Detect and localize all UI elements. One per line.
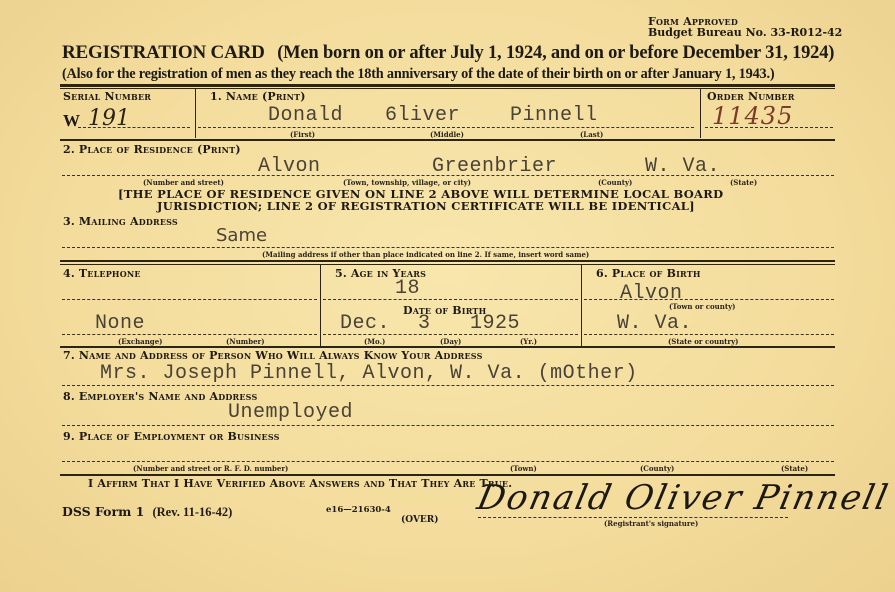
employment-county-caption: (County)	[640, 464, 674, 473]
mailing-line	[62, 247, 834, 248]
header-rule	[60, 84, 835, 87]
affirmation-text: I Affirm That I Have Verified Above Answ…	[88, 477, 512, 490]
row9-bottom-rule	[60, 474, 835, 476]
birthplace-line-1	[584, 299, 834, 300]
birthplace-state[interactable]: W. Va.	[617, 312, 692, 335]
over-notice: (OVER)	[401, 515, 439, 525]
signature-line	[478, 517, 788, 518]
name-last[interactable]: Pinnell	[510, 104, 598, 127]
employment-street-caption: (Number and street or R. F. D. number)	[133, 464, 288, 473]
telephone-value[interactable]: None	[95, 312, 145, 335]
contact-line	[62, 385, 834, 386]
dob-month-caption: (Mo.)	[364, 337, 385, 346]
form-id: DSS Form 1 (Rev. 11-16-42)	[62, 501, 232, 520]
name-line	[198, 127, 694, 128]
dob-month[interactable]: Dec.	[340, 312, 390, 335]
dob-year-caption: (Yr.)	[520, 337, 537, 346]
telephone-line-1	[62, 299, 317, 300]
telephone-label: 4. Telephone	[63, 267, 141, 280]
header-rule-2	[60, 88, 835, 89]
residence-town-caption: (Town, township, village, or city)	[343, 178, 471, 187]
residence-county-caption: (County)	[598, 178, 632, 187]
residence-state-caption: (State)	[730, 178, 757, 187]
dob-line	[323, 334, 578, 335]
divider-tel-age	[320, 264, 321, 346]
serial-prefix: W	[63, 111, 80, 131]
age-value[interactable]: 18	[395, 277, 420, 300]
dob-day[interactable]: 3	[418, 312, 431, 335]
card-subtitle: (Also for the registration of men as the…	[62, 66, 774, 83]
telephone-exchange-caption: (Exchange)	[118, 337, 162, 346]
order-number-value[interactable]: 11435	[712, 102, 793, 130]
employment-state-caption: (State)	[781, 464, 808, 473]
form-revision: (Rev. 11-16-42)	[152, 505, 232, 519]
row3-bottom-rule-2	[60, 264, 835, 265]
residence-line	[62, 175, 834, 176]
telephone-number-caption: (Number)	[226, 337, 265, 346]
row1-bottom-rule	[60, 139, 835, 141]
divider-name-order	[700, 88, 701, 138]
age-line	[323, 299, 578, 300]
serial-line	[78, 127, 190, 128]
name-middle-caption: (Middle)	[430, 130, 464, 139]
name-middle[interactable]: 6liver	[385, 104, 460, 127]
registrant-signature[interactable]: Donald Oliver Pinnell	[474, 478, 893, 518]
print-code: e16—21630-4	[326, 505, 391, 515]
title-qualifier: (Men born on or after July 1, 1924, and …	[277, 43, 834, 63]
mailing-address-value[interactable]: Same	[216, 225, 267, 246]
name-first[interactable]: Donald	[268, 104, 343, 127]
employer-line	[62, 425, 834, 426]
form-id-label: DSS Form 1	[62, 504, 144, 519]
contact-value[interactable]: Mrs. Joseph Pinnell, Alvon, W. Va. (mOth…	[100, 362, 638, 385]
birthplace-line-2	[584, 334, 834, 335]
name-label: 1. Name (Print)	[210, 90, 306, 103]
row3-bottom-rule	[60, 260, 835, 262]
birthplace-state-caption: (State or country)	[668, 337, 738, 346]
employment-place-label: 9. Place of Employment or Business	[63, 430, 280, 443]
mailing-address-label: 3. Mailing Address	[63, 215, 178, 228]
employment-town-caption: (Town)	[510, 464, 537, 473]
residence-label: 2. Place of Residence (Print)	[63, 143, 241, 156]
birthplace-label: 6. Place of Birth	[596, 267, 701, 280]
divider-age-birth	[581, 264, 582, 346]
serial-number-label: Serial Number	[63, 90, 151, 103]
name-last-caption: (Last)	[580, 130, 603, 139]
dob-year[interactable]: 1925	[470, 312, 520, 335]
divider-serial-name	[195, 88, 196, 138]
row4-bottom-rule	[60, 346, 835, 348]
telephone-line-2	[62, 334, 317, 335]
contact-label: 7. Name and Address of Person Who Will A…	[63, 349, 483, 362]
order-line	[705, 127, 833, 128]
employer-value[interactable]: Unemployed	[228, 401, 353, 424]
residence-street-caption: (Number and street)	[143, 178, 224, 187]
dob-day-caption: (Day)	[440, 337, 461, 346]
name-first-caption: (First)	[290, 130, 315, 139]
mailing-caption: (Mailing address if other than place ind…	[262, 250, 589, 259]
birthplace-town-caption: (Town or county)	[669, 302, 735, 311]
title-text: REGISTRATION CARD	[62, 42, 265, 63]
budget-bureau-number: Budget Bureau No. 33-R012-42	[648, 26, 842, 39]
signature-caption: (Registrant's signature)	[604, 519, 698, 528]
residence-notice-line2: JURISDICTION; LINE 2 OF REGISTRATION CER…	[157, 199, 695, 213]
card-title: REGISTRATION CARD (Men born on or after …	[62, 42, 834, 64]
employment-place-line	[62, 461, 834, 462]
